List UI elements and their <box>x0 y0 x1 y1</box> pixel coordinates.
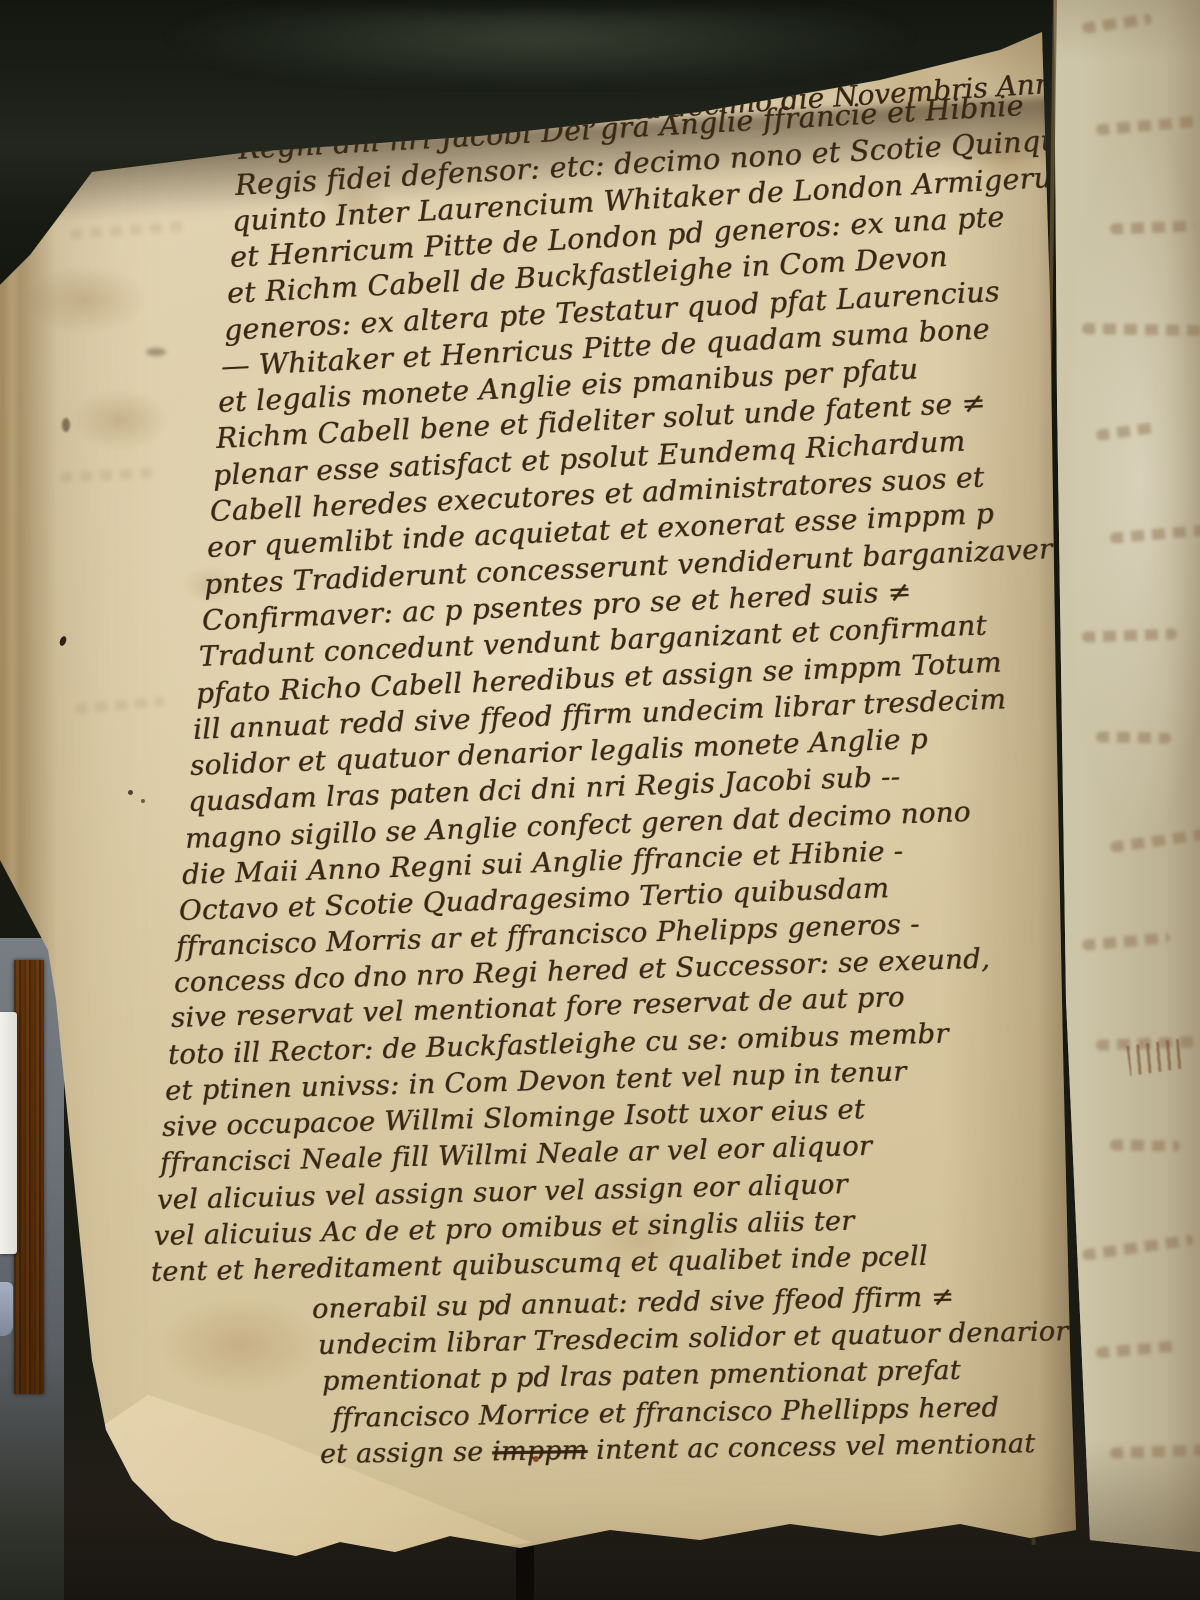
wooden-strip <box>14 960 44 1394</box>
ink-spot <box>141 799 145 803</box>
white-card <box>0 1012 17 1254</box>
ink-spot <box>128 790 133 795</box>
left-page-edge <box>0 230 58 1010</box>
photograph-of-manuscript: 516 Com Devon hec Indentura facta decimo… <box>0 0 1200 1600</box>
show-through-mark <box>1096 731 1171 743</box>
ink-smudge <box>146 348 166 356</box>
manuscript-page: 516 Com Devon hec Indentura facta decimo… <box>0 0 1200 1600</box>
ink-spot <box>62 418 70 432</box>
blue-grey-object <box>0 1282 13 1336</box>
pencil-mark: 516 <box>49 89 89 108</box>
facing-page-sheen <box>1050 0 1200 1600</box>
show-through-mark <box>1110 1139 1180 1151</box>
red-ink-dot <box>533 1456 539 1462</box>
show-through-mark <box>1082 323 1200 336</box>
